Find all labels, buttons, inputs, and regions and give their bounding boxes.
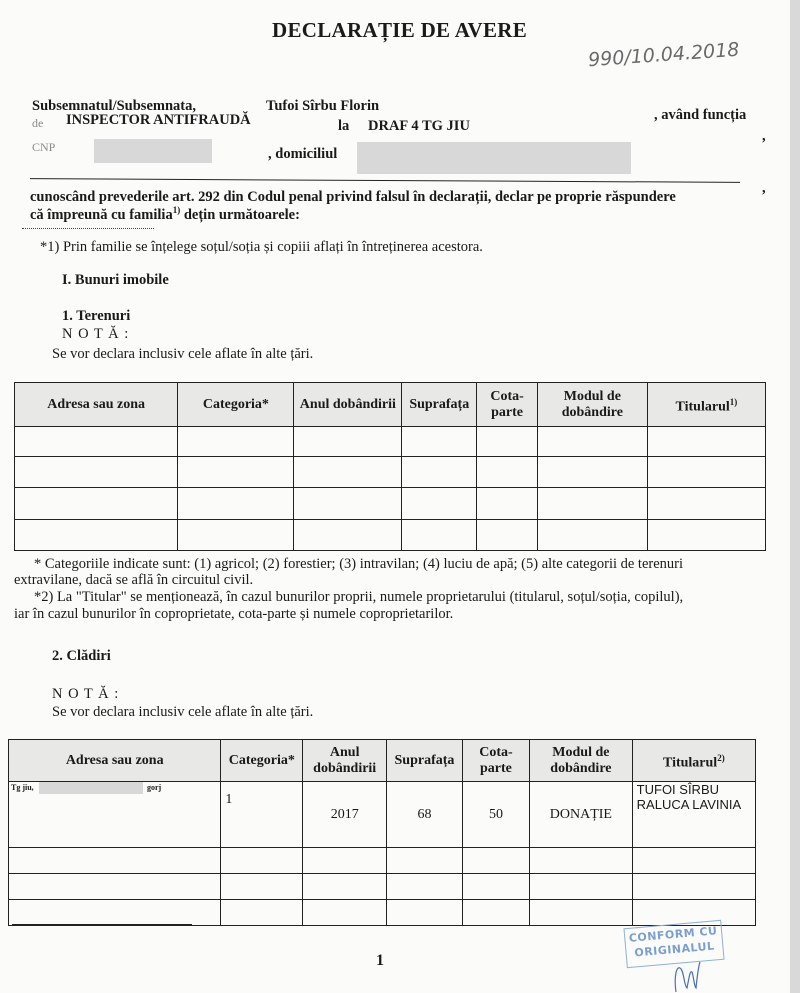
page-number: 1 [376, 952, 384, 970]
address-prefix: Tg jiu, [11, 783, 34, 792]
table-cell [178, 427, 294, 457]
table-cell [387, 874, 463, 900]
table-cell [530, 900, 633, 926]
col-categoria: Categoria* [221, 740, 303, 782]
table-cell [178, 488, 294, 520]
table-cell [537, 427, 647, 457]
table-cell [530, 874, 633, 900]
declarant-institution: DRAF 4 TG JIU [368, 118, 470, 135]
footnote-categories-2: extravilane, dacă se află în circuitul c… [14, 572, 253, 589]
table-cell [647, 427, 765, 457]
table-cell [402, 488, 477, 520]
table-cell [387, 900, 463, 926]
document-page: DECLARAȚIE DE AVERE 990/10.04.2018 Subse… [0, 0, 790, 993]
land-heading: 1. Terenuri [62, 308, 130, 325]
col-adresa: Adresa sau zona [15, 383, 178, 427]
label-la: la [338, 118, 349, 135]
footnote-titular-1: *2) La "Titular" se menționează, în cazu… [34, 589, 683, 606]
col-modul: Modul de dobândire [530, 740, 633, 782]
address-redacted [357, 142, 631, 174]
land-table: Adresa sau zona Categoria* Anul dobândir… [14, 382, 766, 551]
buildings-table: Adresa sau zona Categoria* Anul dobândir… [8, 739, 756, 926]
buildings-heading: 2. Clădiri [52, 648, 111, 665]
table-cell [294, 520, 402, 551]
table-cell [294, 427, 402, 457]
col-categoria: Categoria* [178, 383, 294, 427]
table-cell [221, 874, 303, 900]
table-cell [294, 488, 402, 520]
buildings-note-label: N O T Ă : [52, 686, 119, 703]
label-de: de [32, 116, 43, 131]
table-cell [178, 520, 294, 551]
table-cell [537, 520, 647, 551]
signature-icon [672, 958, 702, 993]
col-titular: Titularul1) [647, 383, 765, 427]
table-cell [9, 900, 221, 926]
table-cell [387, 848, 463, 874]
label-cnp: CNP [32, 140, 55, 155]
table-cell [537, 488, 647, 520]
table-cell [178, 457, 294, 488]
table-cell [477, 520, 538, 551]
comma: , [762, 128, 766, 145]
table-row [15, 488, 766, 520]
table-cell [402, 457, 477, 488]
registration-note: 990/10.04.2018 [587, 39, 740, 72]
table-row: Tg jiu,gorj120176850DONAȚIETUFOI SÎRBU R… [9, 782, 756, 848]
table-cell: TUFOI SÎRBU RALUCA LAVINIA [632, 782, 755, 848]
table-cell [647, 457, 765, 488]
table-cell [221, 848, 303, 874]
col-modul: Modul de dobândire [537, 383, 647, 427]
table-cell [15, 457, 178, 488]
table-cell [462, 900, 529, 926]
address-redacted [39, 782, 143, 794]
table-cell: 68 [387, 782, 463, 848]
statement-line2: că împreună cu familia1) dețin următoare… [30, 205, 300, 224]
table-cell: DONAȚIE [530, 782, 633, 848]
table-cell [221, 900, 303, 926]
table-cell [9, 874, 221, 900]
col-suprafata: Suprafața [402, 383, 477, 427]
table-cell [530, 848, 633, 874]
label-avand-functia: , având funcția [654, 107, 746, 124]
col-cota: Cota-parte [477, 383, 538, 427]
table-cell: 1 [221, 782, 303, 848]
table-cell [9, 848, 221, 874]
address-suffix: gorj [147, 783, 161, 792]
land-note-label: N O T Ă : [62, 326, 129, 343]
statement-line1: cunoscând prevederile art. 292 din Codul… [30, 189, 676, 206]
col-titular: Titularul2) [632, 740, 755, 782]
declarant-function: INSPECTOR ANTIFRAUDĂ [66, 112, 251, 129]
table-cell [477, 427, 538, 457]
document-title: DECLARAȚIE DE AVERE [272, 18, 527, 43]
table-cell [15, 427, 178, 457]
col-suprafata: Suprafața [387, 740, 463, 782]
table-cell [632, 874, 755, 900]
table-cell [303, 848, 387, 874]
table-cell: 2017 [303, 782, 387, 848]
table-cell [477, 488, 538, 520]
table-cell [402, 427, 477, 457]
col-cota: Cota-parte [462, 740, 529, 782]
footnote-titular-2: iar în cazul bunurilor în coproprietate,… [14, 606, 453, 623]
table-cell [477, 457, 538, 488]
declarant-name: Tufoi Sîrbu Florin [266, 98, 379, 115]
scan-edge [790, 0, 800, 993]
cnp-redacted [94, 139, 212, 163]
table-row [9, 900, 756, 926]
table-cell [462, 848, 529, 874]
table-cell [647, 488, 765, 520]
table-cell: Tg jiu,gorj [9, 782, 221, 848]
col-anul: Anul dobândirii [303, 740, 387, 782]
table-row [15, 427, 766, 457]
table-row [15, 457, 766, 488]
table-cell [294, 457, 402, 488]
land-note-text: Se vor declara inclusiv cele aflate în a… [52, 346, 313, 363]
comma: , [762, 180, 766, 197]
label-domiciliul: , domiciliul [268, 146, 337, 163]
table-cell [647, 520, 765, 551]
footnote-family: *1) Prin familie se înțelege soțul/soția… [40, 239, 483, 256]
footnote-divider [12, 924, 192, 925]
table-cell [537, 457, 647, 488]
buildings-note-text: Se vor declara inclusiv cele aflate în a… [52, 704, 313, 721]
table-cell [15, 488, 178, 520]
table-cell: 50 [462, 782, 529, 848]
col-adresa: Adresa sau zona [9, 740, 221, 782]
footnote-categories-1: * Categoriile indicate sunt: (1) agricol… [34, 556, 683, 573]
table-row [15, 520, 766, 551]
table-cell [15, 520, 178, 551]
col-anul: Anul dobândirii [294, 383, 402, 427]
dotted-line [22, 228, 154, 229]
divider [30, 178, 740, 183]
table-cell [632, 848, 755, 874]
table-row [9, 848, 756, 874]
table-cell [462, 874, 529, 900]
table-row [9, 874, 756, 900]
table-cell [303, 874, 387, 900]
section-heading: I. Bunuri imobile [62, 272, 169, 289]
table-cell [303, 900, 387, 926]
table-cell [402, 520, 477, 551]
